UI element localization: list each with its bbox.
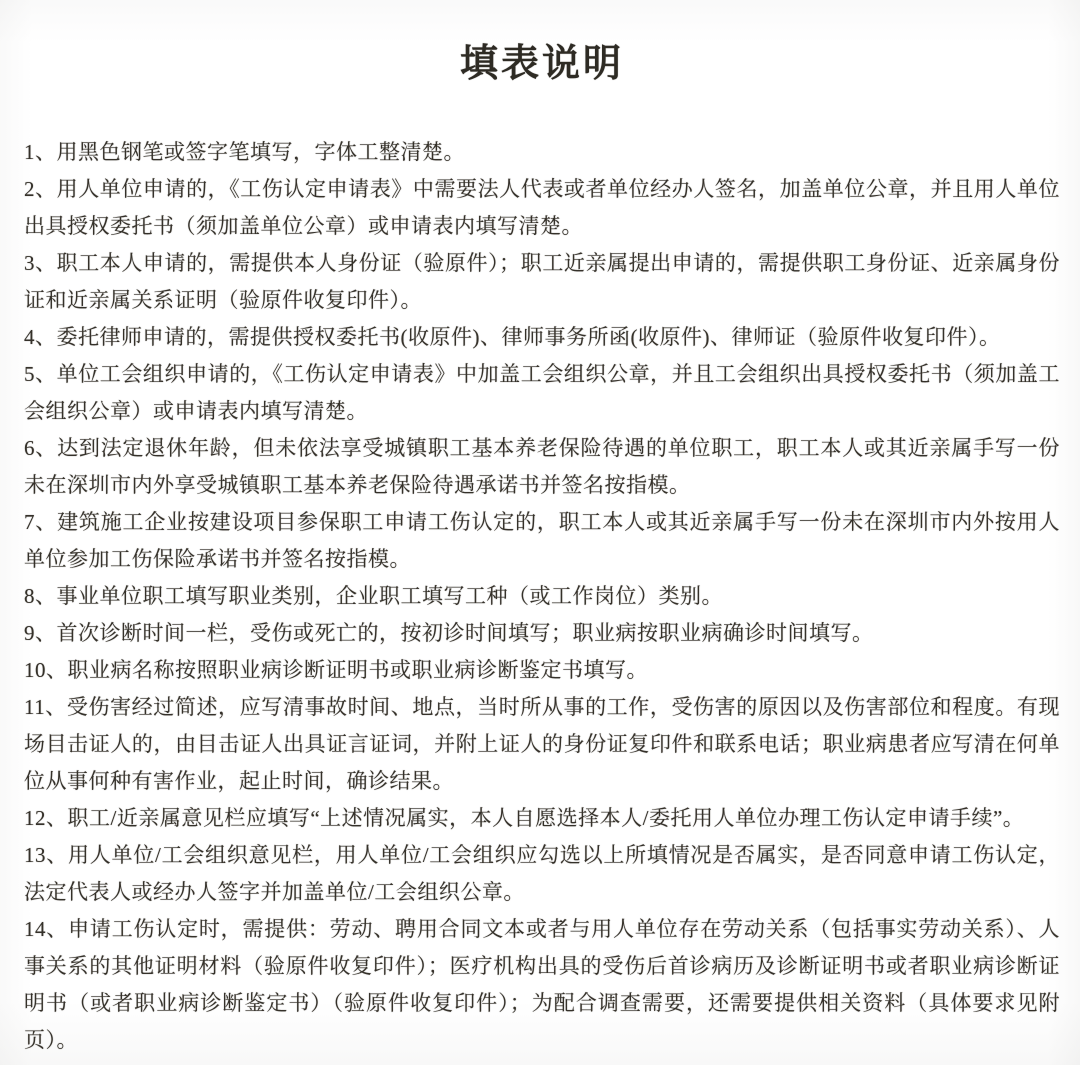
instruction-item-9: 9、首次诊断时间一栏，受伤或死亡的，按初诊时间填写；职业病按职业病确诊时间填写。 [24, 615, 1060, 652]
page-title: 填表说明 [24, 40, 1060, 88]
form-instructions-document: 填表说明 1、用黑色钢笔或签字笔填写，字体工整清楚。 2、用人单位申请的，《工伤… [0, 0, 1080, 1059]
instruction-item-7: 7、建筑施工企业按建设项目参保职工申请工伤认定的，职工本人或其近亲属手写一份未在… [24, 504, 1060, 578]
instruction-item-2: 2、用人单位申请的，《工伤认定申请表》中需要法人代表或者单位经办人签名，加盖单位… [24, 171, 1060, 245]
instruction-item-6: 6、达到法定退休年龄，但未依法享受城镇职工基本养老保险待遇的单位职工，职工本人或… [24, 430, 1060, 504]
instruction-item-1: 1、用黑色钢笔或签字笔填写，字体工整清楚。 [24, 134, 1060, 171]
instruction-item-12: 12、职工/近亲属意见栏应填写“上述情况属实，本人自愿选择本人/委托用人单位办理… [24, 800, 1060, 837]
instruction-item-11: 11、受伤害经过简述，应写清事故时间、地点，当时所从事的工作，受伤害的原因以及伤… [24, 689, 1060, 800]
instruction-item-8: 8、事业单位职工填写职业类别，企业职工填写工种（或工作岗位）类别。 [24, 578, 1060, 615]
instruction-item-5: 5、单位工会组织申请的，《工伤认定申请表》中加盖工会组织公章，并且工会组织出具授… [24, 356, 1060, 430]
instruction-item-4: 4、委托律师申请的，需提供授权委托书(收原件)、律师事务所函(收原件)、律师证（… [24, 319, 1060, 356]
instruction-item-14: 14、申请工伤认定时，需提供：劳动、聘用合同文本或者与用人单位存在劳动关系（包括… [24, 911, 1060, 1059]
instruction-item-10: 10、职业病名称按照职业病诊断证明书或职业病诊断鉴定书填写。 [24, 652, 1060, 689]
instruction-item-3: 3、职工本人申请的，需提供本人身份证（验原件）；职工近亲属提出申请的，需提供职工… [24, 245, 1060, 319]
instruction-item-13: 13、用人单位/工会组织意见栏，用人单位/工会组织应勾选以上所填情况是否属实，是… [24, 837, 1060, 911]
